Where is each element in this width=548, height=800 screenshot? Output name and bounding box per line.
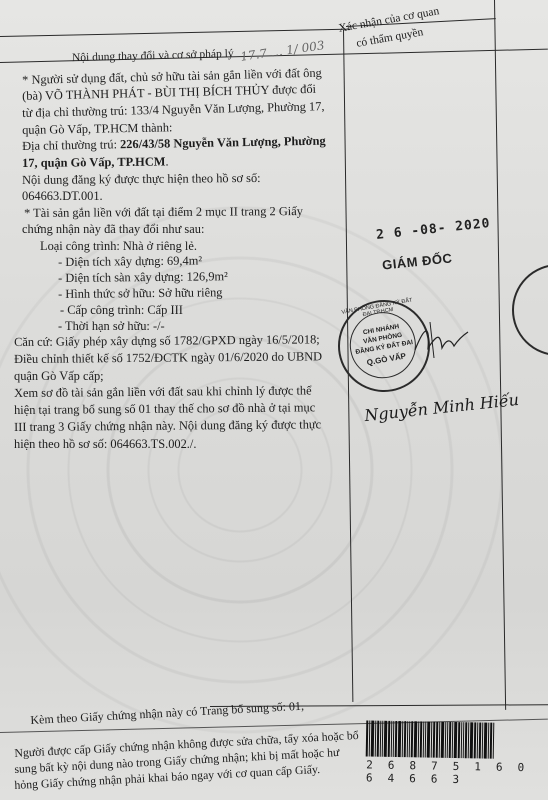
new-address-label: Địa chỉ thường trú: — [22, 137, 120, 153]
asset-change-line-2: chứng nhận này đã thay đổi như sau: — [22, 221, 204, 237]
asset-item: - Hình thức sở hữu: Sở hữu riêng — [58, 284, 223, 302]
signature-scribble-icon — [410, 320, 470, 360]
asset-change-line-1: * Tài sản gắn liền với đất tại điểm 2 mụ… — [24, 203, 303, 221]
barcode — [366, 720, 543, 759]
barcode-number: 2 6 8 7 5 1 6 0 6 4 6 6 3 — [366, 758, 548, 787]
diagram-note-line-4: hiện theo hồ sơ số: 064663.TS.002./. — [14, 436, 196, 452]
diagram-note-line-2: hiện tại trang bổ sung số 01 thay thế ch… — [14, 399, 315, 418]
new-address-line-2: 17, quận Gò Vấp, TP.HCM. — [22, 153, 169, 171]
new-address-value-cont: 17, quận Gò Vấp, TP.HCM — [22, 154, 165, 170]
period: . — [165, 154, 168, 168]
asset-item: - Cấp công trình: Cấp III — [60, 302, 183, 318]
legal-basis-line-1: Căn cứ: Giấy phép xây dựng số 1782/GPXD … — [14, 331, 320, 350]
certificate-page: Nội dung thay đổi và cơ sở pháp lý Xác n… — [0, 0, 548, 800]
date-stamp: 2 6 -08- 2020 — [376, 216, 492, 243]
handwritten-annotation: 17.7 … 1/ 003 — [239, 38, 325, 64]
registration-line: Nội dung đăng ký được thực hiện theo hồ … — [22, 170, 261, 188]
signer-name: Nguyễn Minh Hiếu — [363, 390, 519, 425]
asset-item: - Diện tích xây dựng: 69,4m² — [58, 252, 202, 270]
partial-seal — [512, 264, 548, 356]
attachment-note: Kèm theo Giấy chứng nhận này có Trang bổ… — [30, 698, 304, 729]
registration-number: 064663.DT.001. — [22, 188, 103, 204]
legal-basis-line-3: quận Gò Vấp cấp; — [14, 368, 104, 384]
diagram-note-line-3: III trang 3 Giấy chứng nhận này. Nội dun… — [14, 416, 321, 435]
right-border — [494, 0, 506, 710]
new-address-value: 226/43/58 Nguyễn Văn Lượng, Phường — [120, 134, 326, 152]
diagram-note-line-1: Xem sơ đồ tài sản gắn liền với đất sau k… — [14, 382, 312, 401]
table-top-border — [0, 29, 350, 37]
director-title: GIÁM ĐỐC — [381, 250, 453, 272]
authority-column-title-1: Xác nhận của cơ quan — [338, 5, 440, 35]
change-content-column-title: Nội dung thay đổi và cơ sở pháp lý — [72, 48, 234, 64]
legal-basis-line-2: Điều chỉnh thiết kế số 1752/ĐCTK ngày 01… — [14, 348, 322, 367]
seal-ring-text: VĂN PHÒNG ĐĂNG KÝ ĐẤT ĐAI TP.HCM — [337, 297, 418, 323]
